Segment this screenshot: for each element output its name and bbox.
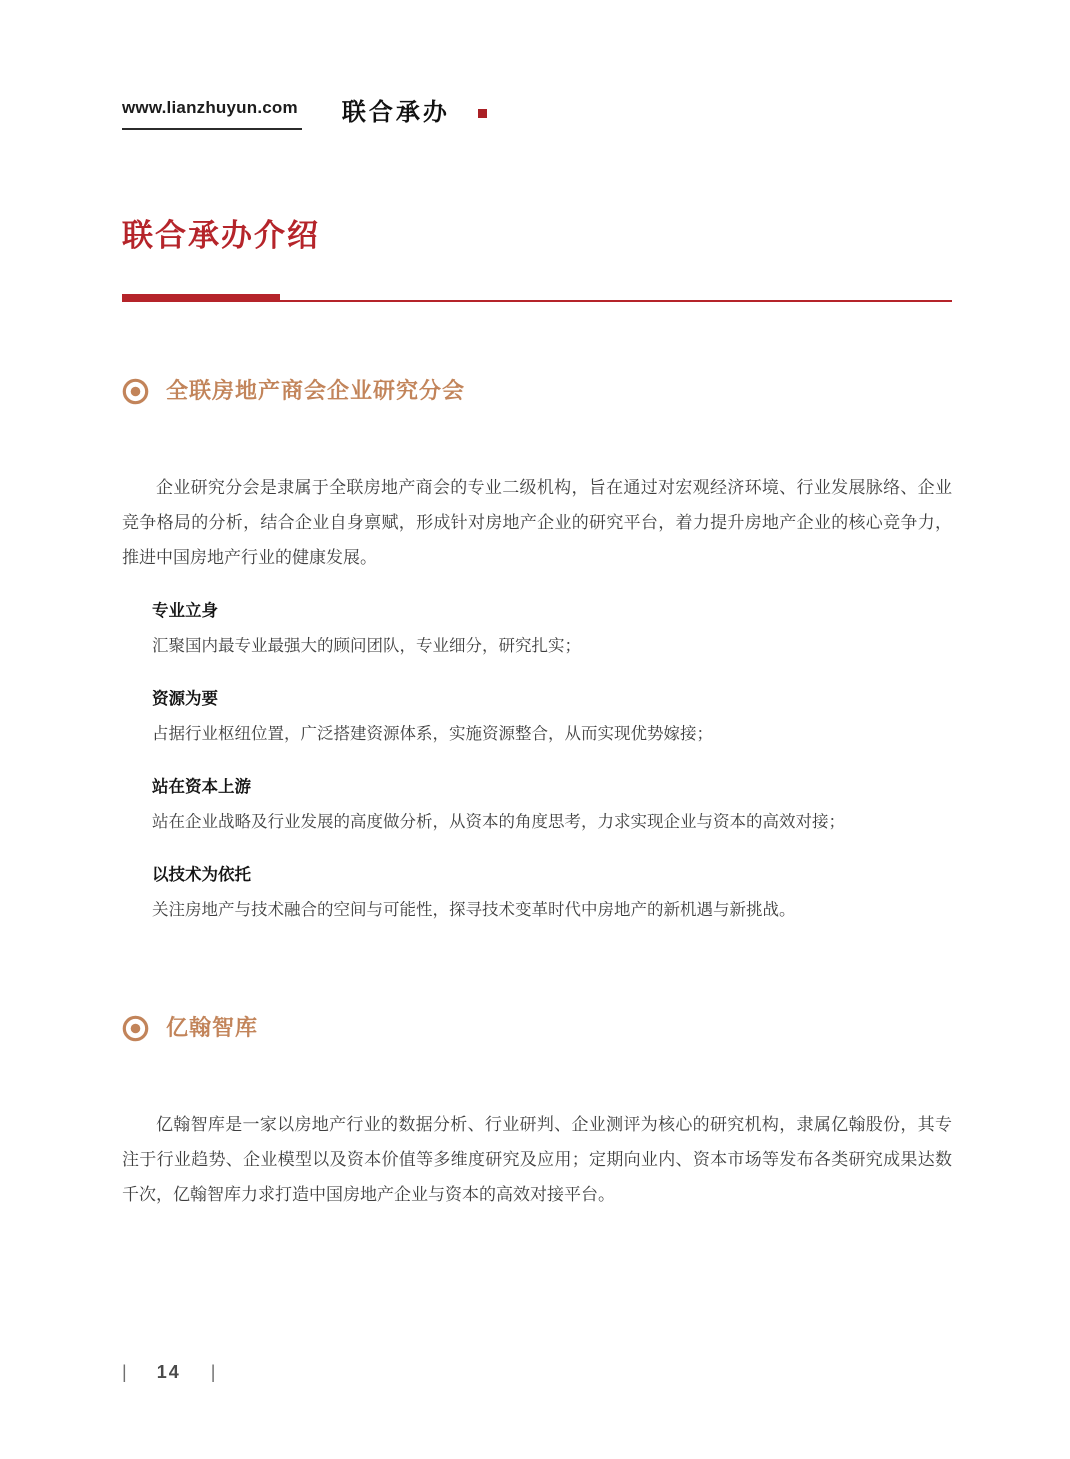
point-description: 关注房地产与技术融合的空间与可能性，探寻技术变革时代中房地产的新机遇与新挑战。 [152,893,952,927]
feature-point: 专业立身 汇聚国内最专业最强大的顾问团队，专业细分，研究扎实； [152,600,952,663]
divider-thick-bar [122,294,280,302]
page-title: 联合承办介绍 [122,216,952,256]
point-title: 站在资本上游 [152,776,952,798]
page-footer: | 14 | [122,1360,215,1384]
feature-points-list: 专业立身 汇聚国内最专业最强大的顾问团队，专业细分，研究扎实； 资源为要 占据行… [152,600,952,927]
feature-point: 站在资本上游 站在企业战略及行业发展的高度做分析，从资本的角度思考，力求实现企业… [152,776,952,839]
section-title: 全联房地产商会企业研究分会 [166,376,465,406]
header-section-label: 联合承办 [342,99,450,128]
page-header: www.lianzhuyun.com 联合承办 [122,98,952,130]
document-page: www.lianzhuyun.com 联合承办 联合承办介绍 全联房地产商会企业… [0,0,1070,1459]
bullseye-icon [122,378,149,405]
point-description: 占据行业枢纽位置，广泛搭建资源体系，实施资源整合，从而实现优势嫁接； [152,717,952,751]
bullseye-icon [122,1015,149,1042]
point-title: 专业立身 [152,600,952,622]
red-square-icon [478,109,487,118]
section-intro-paragraph: 亿翰智库是一家以房地产行业的数据分析、行业研判、企业测评为核心的研究机构，隶属亿… [122,1107,952,1212]
page-content: www.lianzhuyun.com 联合承办 联合承办介绍 全联房地产商会企业… [0,0,1070,1212]
website-url: www.lianzhuyun.com [122,98,302,130]
section-intro-paragraph: 企业研究分会是隶属于全联房地产商会的专业二级机构，旨在通过对宏观经济环境、行业发… [122,470,952,575]
footer-right-bar: | [211,1360,216,1384]
point-description: 站在企业战略及行业发展的高度做分析，从资本的角度思考，力求实现企业与资本的高效对… [152,805,952,839]
section-heading-yihan: 亿翰智库 [122,1013,952,1043]
point-title: 以技术为依托 [152,864,952,886]
section-title: 亿翰智库 [166,1013,258,1043]
feature-point: 以技术为依托 关注房地产与技术融合的空间与可能性，探寻技术变革时代中房地产的新机… [152,864,952,927]
section-heading-qlfdc: 全联房地产商会企业研究分会 [122,376,952,406]
point-description: 汇聚国内最专业最强大的顾问团队，专业细分，研究扎实； [152,629,952,663]
feature-point: 资源为要 占据行业枢纽位置，广泛搭建资源体系，实施资源整合，从而实现优势嫁接； [152,688,952,751]
footer-left-bar: | [122,1360,127,1384]
point-title: 资源为要 [152,688,952,710]
title-divider [122,294,952,302]
page-number: 14 [157,1360,181,1384]
